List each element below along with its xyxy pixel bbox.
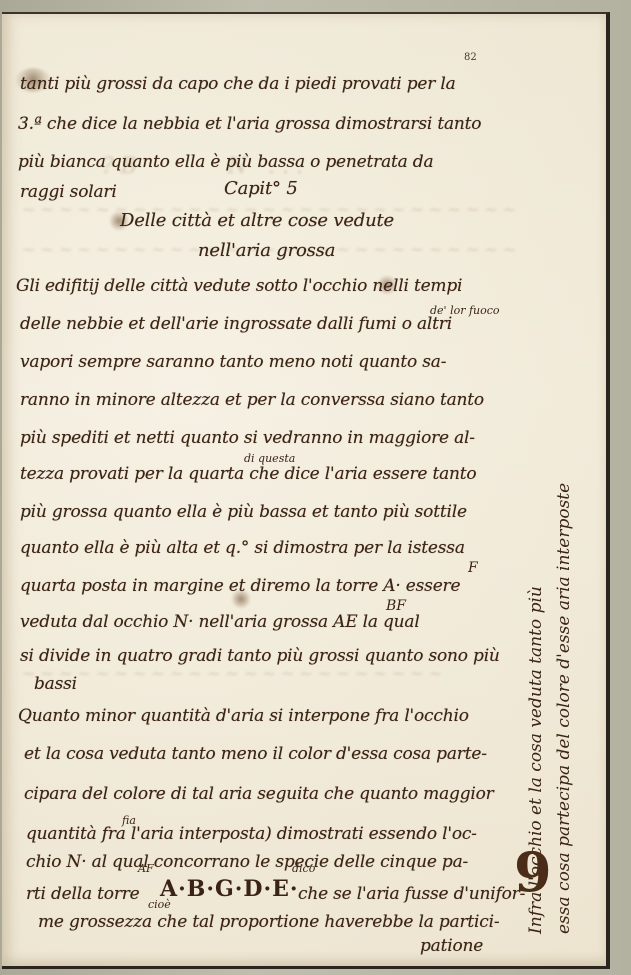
folio-number: 82: [464, 52, 477, 63]
manuscript-page: ? B N . . . ~ ~ ~ ~ ~ ~ ~ ~ ~ ~ ~ ~ ~ ~ …: [2, 12, 610, 969]
text-line: me grossezza che tal proportione havereb…: [38, 912, 499, 932]
text-line: 3.ª che dice la nebbia et l'aria grossa …: [18, 114, 481, 134]
interlinear-insertion: F: [468, 560, 478, 576]
text-line: rti della torre: [26, 884, 140, 904]
text-line: tezza provati per la quarta che dice l'a…: [20, 464, 476, 484]
tower-point-labels: A·B·G·D·E·: [160, 876, 299, 902]
text-line: et la cosa veduta tanto meno il color d'…: [24, 744, 487, 764]
text-line: si divide in quatro gradi tanto più gros…: [20, 646, 500, 666]
bleed-through-text: ~ ~ ~ ~ ~ ~ ~ ~ ~ ~ ~ ~ ~ ~ ~ ~ ~ ~ ~ ~ …: [22, 664, 442, 683]
interlinear-insertion: AF: [138, 862, 154, 875]
text-line: più bianca quanto ella è più bassa o pen…: [18, 152, 433, 172]
text-line: ranno in minore altezza et per la conver…: [20, 390, 484, 410]
text-line: patione: [420, 936, 483, 956]
text-line: cipara del colore di tal aria seguita ch…: [24, 784, 494, 804]
text-line: bassi: [34, 674, 77, 694]
chapter-title-line-2: nell'aria grossa: [198, 240, 335, 261]
interlinear-insertion: cioè: [148, 898, 171, 911]
text-line: Quanto minor quantità d'aria si interpon…: [18, 706, 469, 726]
text-line: quanto ella è più alta et q.° si dimostr…: [20, 538, 465, 558]
text-line: delle nebbie et dell'arie ingrossate dal…: [20, 314, 452, 334]
marginal-note-right: essa cosa partecipa del colore d'esse ar…: [554, 483, 574, 934]
text-line: raggi solari: [20, 182, 117, 202]
chapter-title-line-1: Delle città et altre cose vedute: [120, 210, 394, 231]
interlinear-insertion: dico: [292, 862, 315, 875]
text-line: tanti più grossi da capo che da i piedi …: [20, 74, 456, 94]
text-line: veduta dal occhio N· nell'aria grossa AE…: [20, 612, 420, 632]
text-line: vapori sempre saranno tanto meno noti qu…: [20, 352, 446, 372]
text-line: quarta posta in margine et diremo la tor…: [20, 576, 460, 596]
scan-viewport: ? B N . . . ~ ~ ~ ~ ~ ~ ~ ~ ~ ~ ~ ~ ~ ~ …: [0, 0, 631, 975]
text-line: Gli edifitij delle città vedute sotto l'…: [16, 276, 462, 296]
text-line: quantità fra l'aria interposta) dimostra…: [26, 824, 477, 844]
section-mark: 9: [514, 840, 552, 904]
chapter-label: Capit° 5: [224, 178, 298, 199]
text-line: che se l'aria fusse d'unifor-: [298, 884, 525, 904]
text-line: chio N· al qual concorrano le specie del…: [26, 852, 468, 872]
text-line: più spediti et netti quanto si vedranno …: [20, 428, 475, 448]
text-line: più grossa quanto ella è più bassa et ta…: [20, 502, 467, 522]
